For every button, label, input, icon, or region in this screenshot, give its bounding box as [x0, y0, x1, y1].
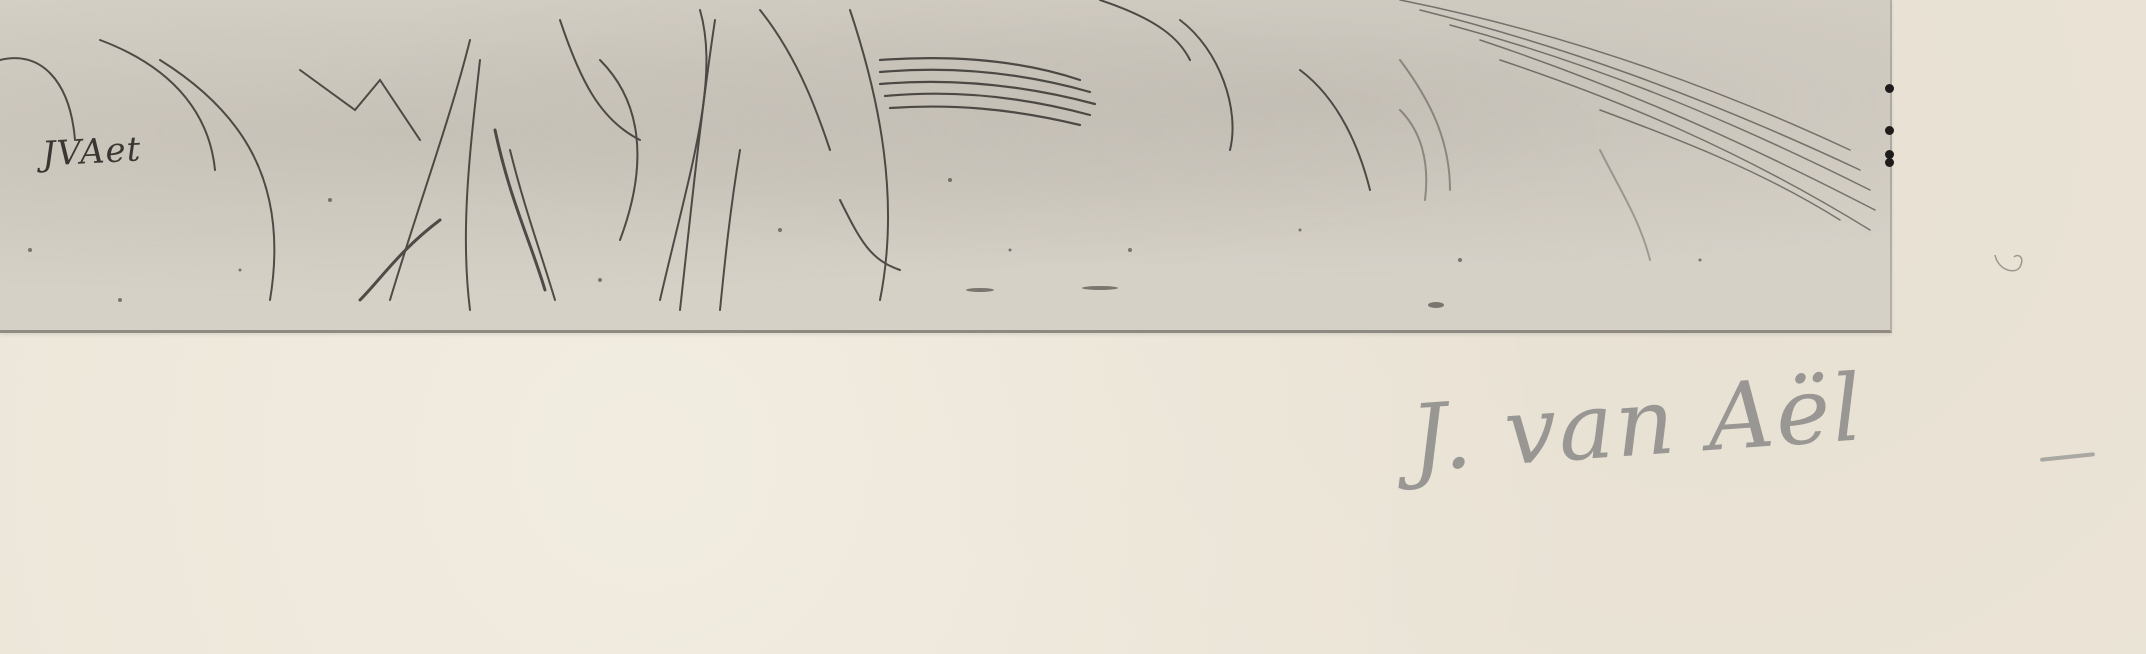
etched-plate-area: JVAet — [0, 0, 1892, 333]
ink-dot — [1885, 84, 1894, 93]
etched-lines-drawing — [0, 0, 1890, 330]
plate-monogram: JVAet — [41, 129, 142, 174]
ink-dot — [1885, 126, 1894, 135]
ink-dot — [1885, 158, 1894, 167]
paper-fiber-curl — [1990, 245, 2030, 285]
